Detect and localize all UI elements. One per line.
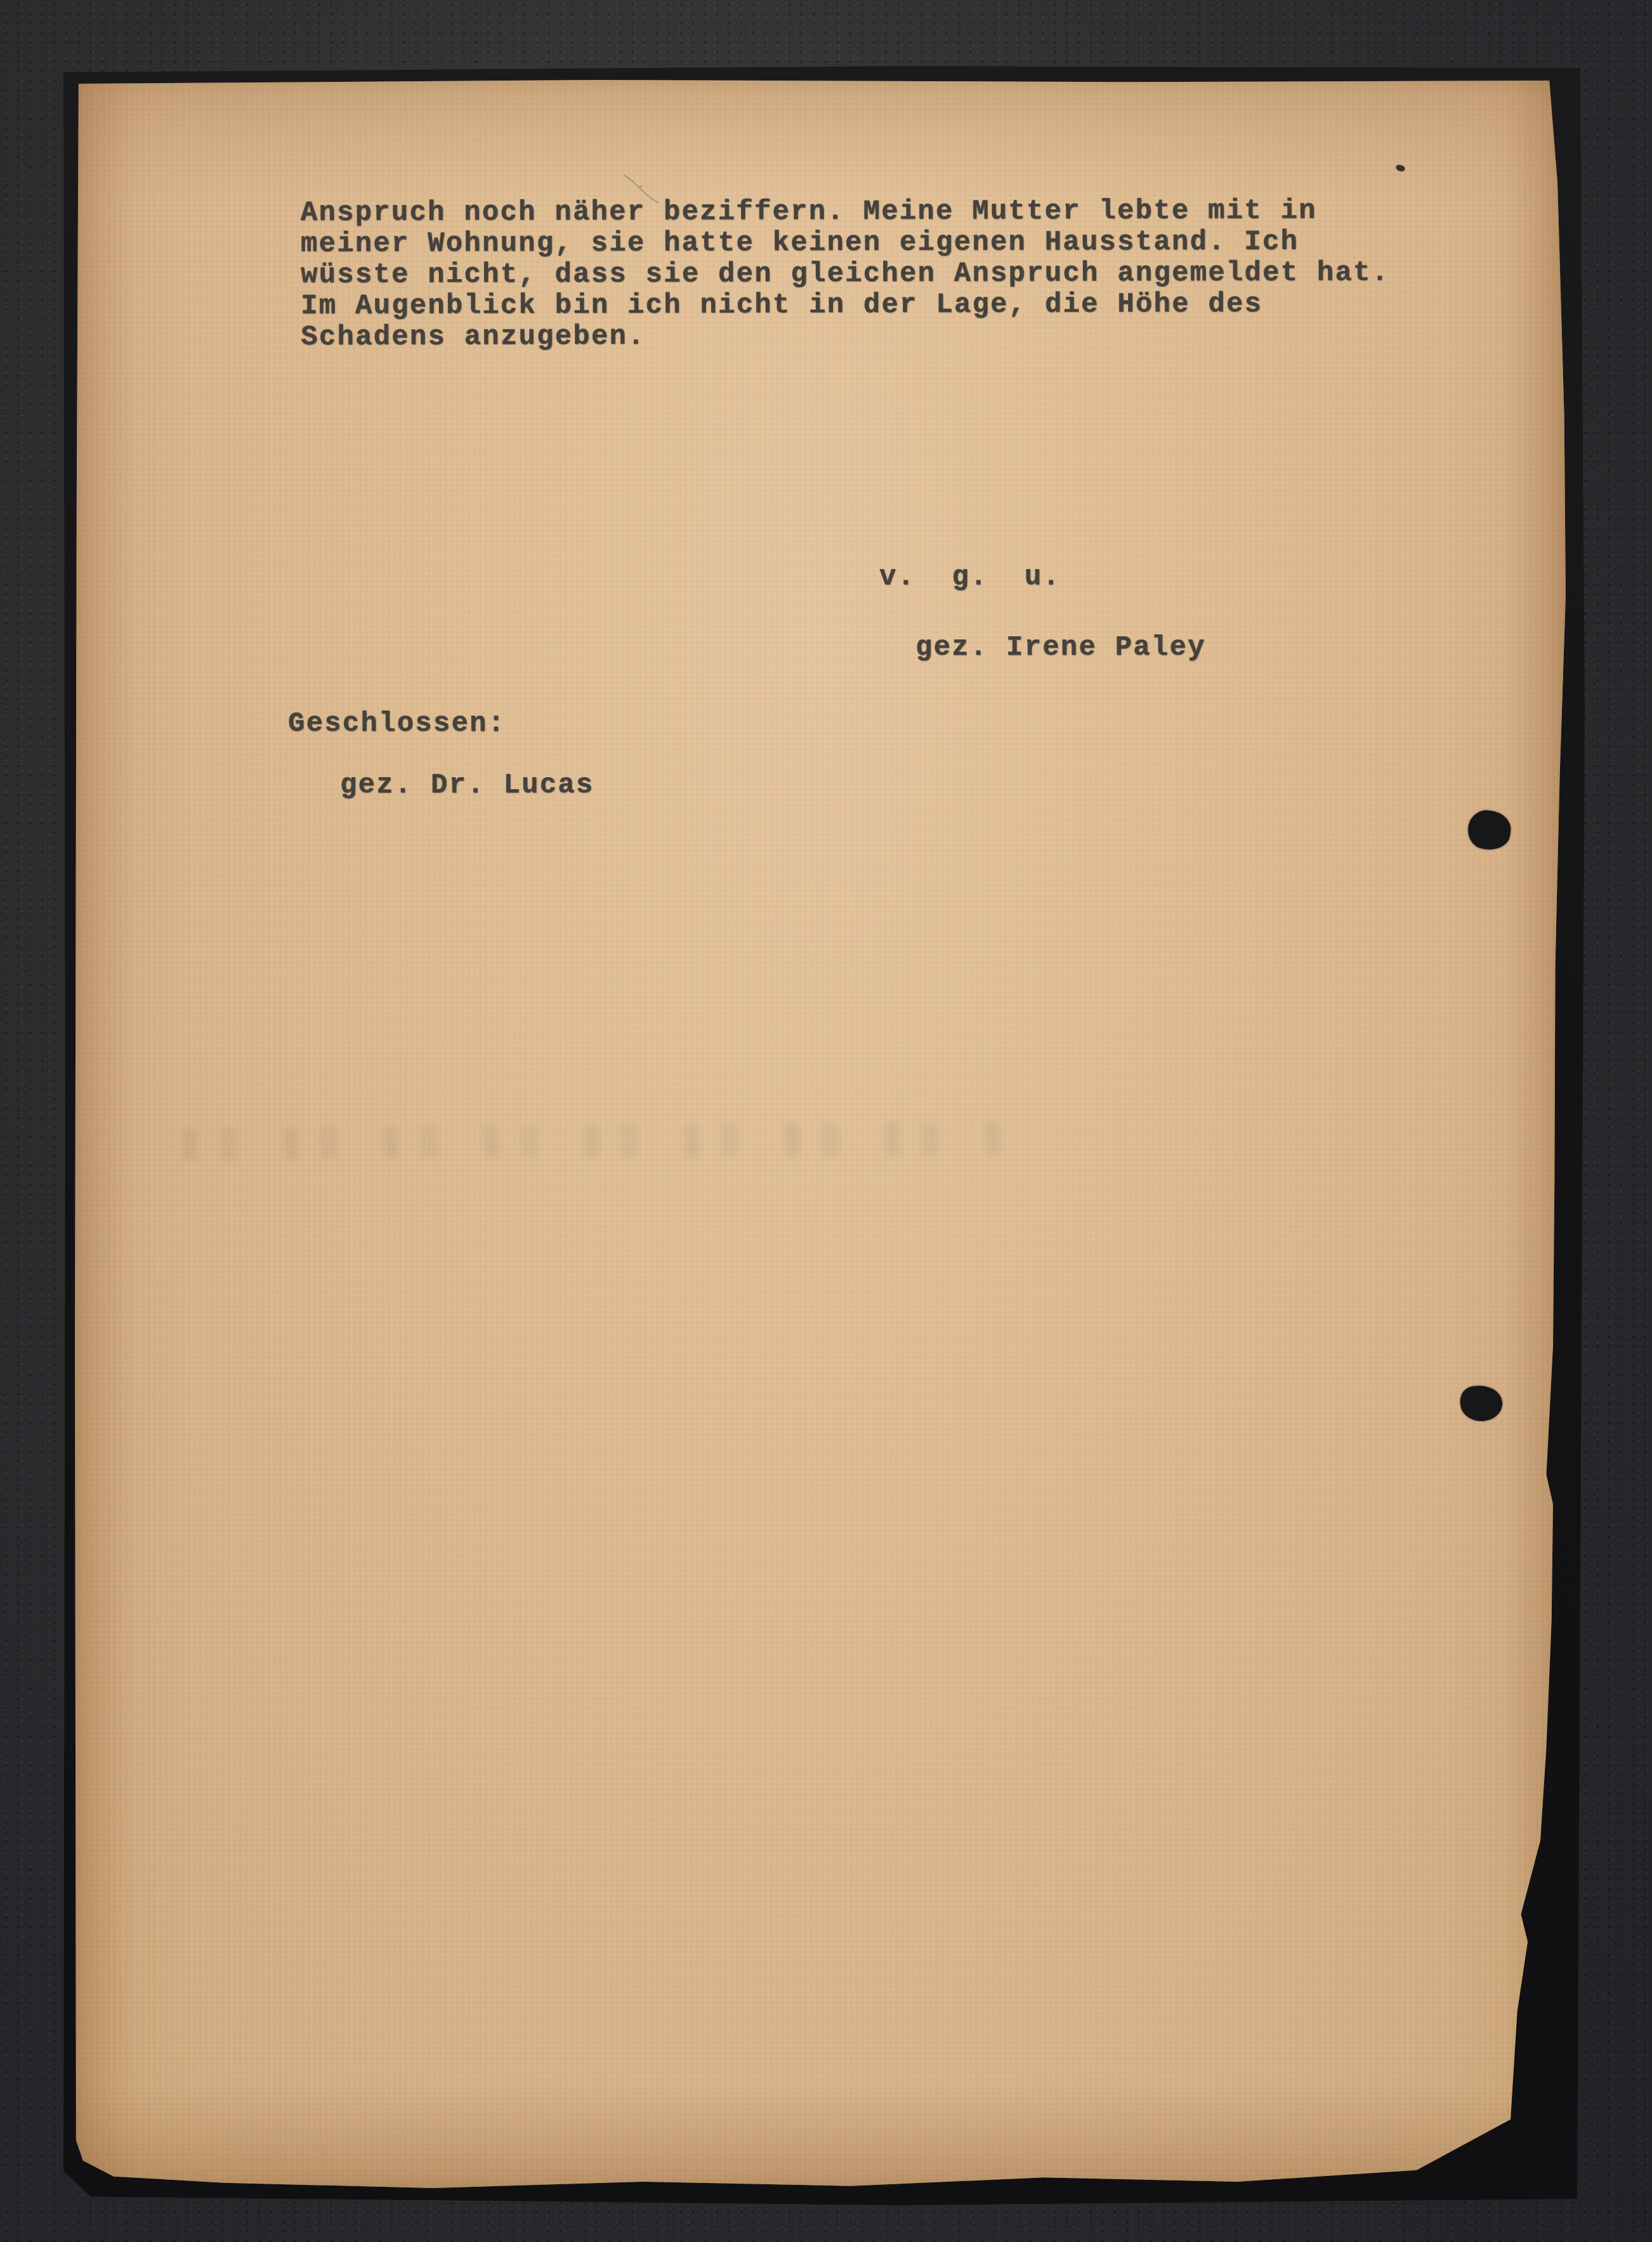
body-line: Anspruch noch näher beziffern. Meine Mut… bbox=[301, 195, 1389, 229]
document-page: Anspruch noch näher beziffern. Meine Mut… bbox=[75, 77, 1566, 2191]
vgu-abbreviation: v. g. u. bbox=[879, 562, 1061, 593]
pencil-scratch-mark bbox=[619, 171, 664, 207]
scan-background: Anspruch noch näher beziffern. Meine Mut… bbox=[0, 0, 1652, 2242]
signature-irene-paley: gez. Irene Paley bbox=[915, 633, 1206, 664]
body-paragraph: Anspruch noch näher beziffern. Meine Mut… bbox=[301, 195, 1390, 353]
ink-speck bbox=[1395, 164, 1406, 173]
ink-showthrough-band bbox=[162, 1122, 1006, 1160]
body-line: Schadens anzugeben. bbox=[301, 320, 1389, 353]
geschlossen-label: Geschlossen: bbox=[288, 709, 506, 740]
punch-hole-mark-top bbox=[1465, 808, 1513, 853]
body-line: meiner Wohnung, sie hatte keinen eigenen… bbox=[301, 226, 1389, 260]
signature-dr-lucas: gez. Dr. Lucas bbox=[340, 770, 594, 801]
punch-hole-mark-bottom bbox=[1459, 1384, 1504, 1424]
body-line: wüsste nicht, dass sie den gleichen Ansp… bbox=[301, 258, 1389, 291]
body-line: Im Augenblick bin ich nicht in der Lage,… bbox=[301, 289, 1389, 322]
